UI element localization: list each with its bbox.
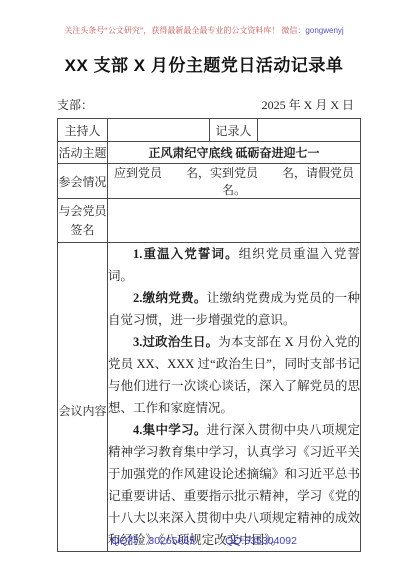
promo-wechat-label: 微信：: [281, 26, 305, 35]
row-signature: 与会党员 签名: [58, 199, 361, 243]
qq-number-text: QQ:535304092: [225, 535, 297, 547]
signature-label: 与会党员 签名: [58, 199, 108, 243]
page-title: XX 支部 X 月份主题党日活动记录单: [0, 54, 408, 78]
content-item: 4.集中学习。进行深入贯彻中央八项规定精神学习教育集中学习，认真学习《习近平关于…: [108, 419, 360, 551]
topic-label: 活动主题: [58, 142, 108, 164]
content-label: 会议内容: [58, 243, 108, 552]
branch-label: 支部：: [57, 97, 93, 113]
row-content: 会议内容 1.重温入党誓词。组织党员重温入党誓词。 2.缴纳党费。让缴纳党费成为…: [58, 243, 361, 552]
meta-row: 支部： 2025 年 X 月 X 日: [57, 97, 360, 113]
signature-label-line1: 与会党员: [58, 202, 107, 221]
signature-value-cell: [108, 199, 361, 243]
promo-text: 关注头条号“公文研究”，获得最新最全最专业的公文资料库！: [64, 26, 281, 35]
document-page: 关注头条号“公文研究”，获得最新最全最专业的公文资料库！ 微信：gongweny…: [0, 0, 408, 580]
content-item-body: 进行深入贯彻中央八项规定精神学习教育集中学习，认真学习《习近平关于加强党的作风建…: [108, 423, 360, 547]
row-attendance: 参会情况 应到党员 名，实到党员 名，请假党员 名。: [58, 164, 361, 199]
content-label-text: 会议内容: [58, 375, 107, 419]
row-host-recorder: 主持人 记录人: [58, 119, 361, 142]
signature-label-line2: 签名: [58, 221, 107, 240]
footer-contact: QQ群：30265665QQ:535304092: [0, 533, 408, 548]
attendance-value-cell: 应到党员 名，实到党员 名，请假党员 名。: [108, 164, 361, 199]
recorder-label: 记录人: [210, 119, 258, 142]
content-item-lead: 4.集中学习。: [133, 423, 207, 437]
attendance-label: 参会情况: [58, 164, 108, 199]
content-item-lead: 1.重温入党誓词。: [133, 247, 239, 261]
row-topic: 活动主题 正风肃纪守底线 砥砺奋进迎七一: [58, 142, 361, 164]
host-value-cell: [108, 119, 210, 142]
topic-value-cell: 正风肃纪守底线 砥砺奋进迎七一: [108, 142, 361, 164]
qq-group-text: QQ群：30265665: [111, 535, 195, 547]
recorder-value-cell: [258, 119, 361, 142]
content-item-lead: 3.过政治生日。: [133, 335, 218, 349]
content-item-lead: 2.缴纳党费。: [133, 291, 207, 305]
header-promo-notice: 关注头条号“公文研究”，获得最新最全最专业的公文资料库！ 微信：gongweny…: [0, 25, 408, 37]
content-item: 1.重温入党誓词。组织党员重温入党誓词。: [108, 243, 360, 287]
content-item: 2.缴纳党费。让缴纳党费成为党员的一种自觉习惯，进一步增强党的意识。: [108, 287, 360, 331]
promo-wechat-id: gongwenyj: [305, 26, 343, 35]
record-table: 主持人 记录人 活动主题 正风肃纪守底线 砥砺奋进迎七一 参会情况 应到党员 名…: [57, 118, 361, 552]
content-item: 3.过政治生日。为本支部在 X 月份入党的党员 XX、XXX 过“政治生日”，同…: [108, 331, 360, 419]
host-label: 主持人: [58, 119, 108, 142]
content-value-cell: 1.重温入党誓词。组织党员重温入党誓词。 2.缴纳党费。让缴纳党费成为党员的一种…: [108, 243, 361, 552]
date-text: 2025 年 X 月 X 日: [262, 97, 360, 113]
